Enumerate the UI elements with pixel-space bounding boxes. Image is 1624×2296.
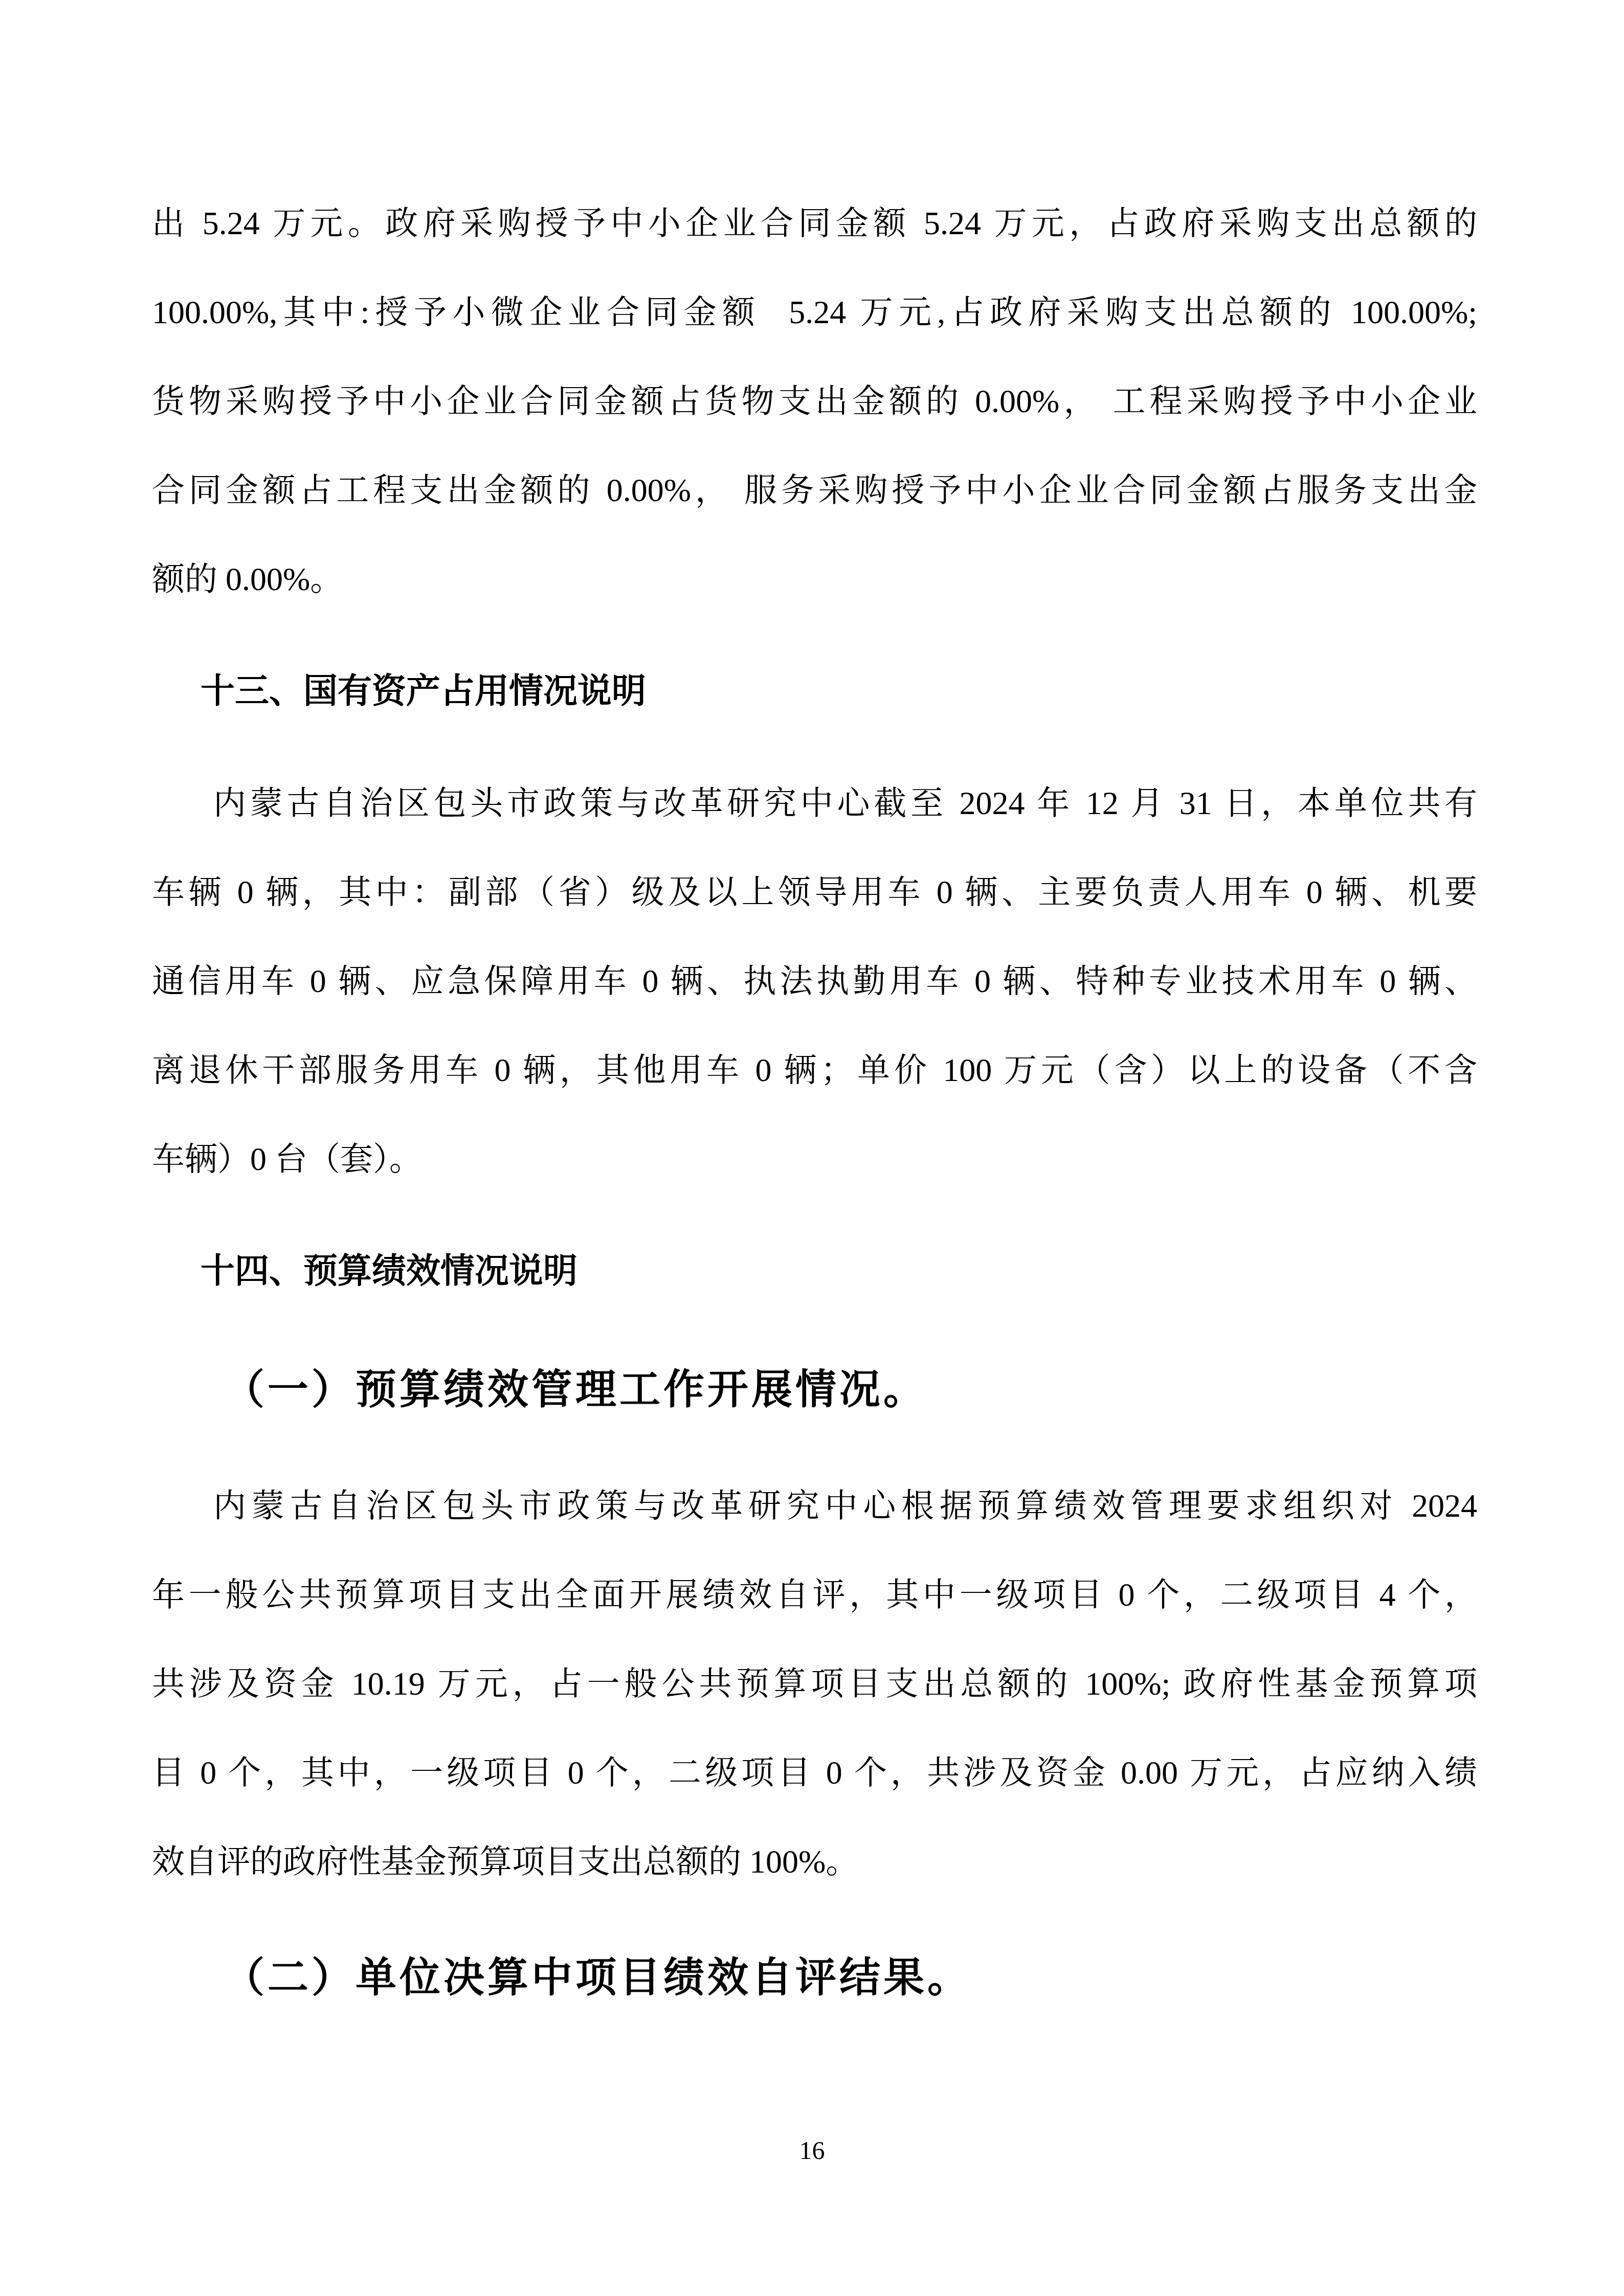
paragraph-line: 100.00%,其中:授予小微企业合同金额 5.24 万元,占政府采购支出总额的…	[152, 268, 1477, 357]
paragraph-line: 出 5.24 万元。政府采购授予中小企业合同金额 5.24 万元，占政府采购支出…	[152, 179, 1477, 268]
paragraph-line: 通信用车 0 辆、应急保障用车 0 辆、执法执勤用车 0 辆、特种专业技术用车 …	[152, 937, 1477, 1026]
paragraph-line: 年一般公共预算项目支出全面开展绩效自评，其中一级项目 0 个，二级项目 4 个，	[152, 1550, 1477, 1639]
paragraph-line: 车辆）0 台（套）。	[152, 1115, 1477, 1204]
paragraph-line: 离退休干部服务用车 0 辆，其他用车 0 辆；单价 100 万元（含）以上的设备…	[152, 1026, 1477, 1115]
paragraph-line: 内蒙古自治区包头市政策与改革研究中心截至 2024 年 12 月 31 日，本单…	[152, 759, 1477, 848]
section-heading-14-budget-performance: 十四、预算绩效情况说明	[152, 1227, 1477, 1316]
paragraph-line: 效自评的政府性基金预算项目支出总额的 100%。	[152, 1817, 1477, 1906]
paragraph-line: 共涉及资金 10.19 万元，占一般公共预算项目支出总额的 100%; 政府性基…	[152, 1639, 1477, 1728]
paragraph-line: 车辆 0 辆，其中：副部（省）级及以上领导用车 0 辆、主要负责人用车 0 辆、…	[152, 848, 1477, 937]
paragraph-line: 货物采购授予中小企业合同金额占货物支出金额的 0.00%， 工程采购授予中小企业	[152, 357, 1477, 446]
paragraph-line: 合同金额占工程支出金额的 0.00%， 服务采购授予中小企业合同金额占服务支出金	[152, 446, 1477, 535]
paragraph-line: 额的 0.00%。	[152, 535, 1477, 624]
paragraph-government-procurement: 出 5.24 万元。政府采购授予中小企业合同金额 5.24 万元，占政府采购支出…	[152, 179, 1477, 624]
subsection-heading-14-2: （二）单位决算中项目绩效自评结果。	[152, 1927, 1477, 2029]
section-heading-13-state-assets: 十三、国有资产占用情况说明	[152, 647, 1477, 736]
paragraph-line: 内蒙古自治区包头市政策与改革研究中心根据预算绩效管理要求组织对 2024	[152, 1461, 1477, 1550]
paragraph-line: 目 0 个，其中，一级项目 0 个，二级项目 0 个，共涉及资金 0.00 万元…	[152, 1728, 1477, 1817]
subsection-heading-14-1: （一）预算绩效管理工作开展情况。	[152, 1339, 1477, 1441]
paragraph-state-assets: 内蒙古自治区包头市政策与改革研究中心截至 2024 年 12 月 31 日，本单…	[152, 759, 1477, 1204]
document-page: 出 5.24 万元。政府采购授予中小企业合同金额 5.24 万元，占政府采购支出…	[0, 0, 1624, 2296]
paragraph-performance-self-evaluation: 内蒙古自治区包头市政策与改革研究中心根据预算绩效管理要求组织对 2024 年一般…	[152, 1461, 1477, 1906]
page-number: 16	[0, 2135, 1624, 2166]
